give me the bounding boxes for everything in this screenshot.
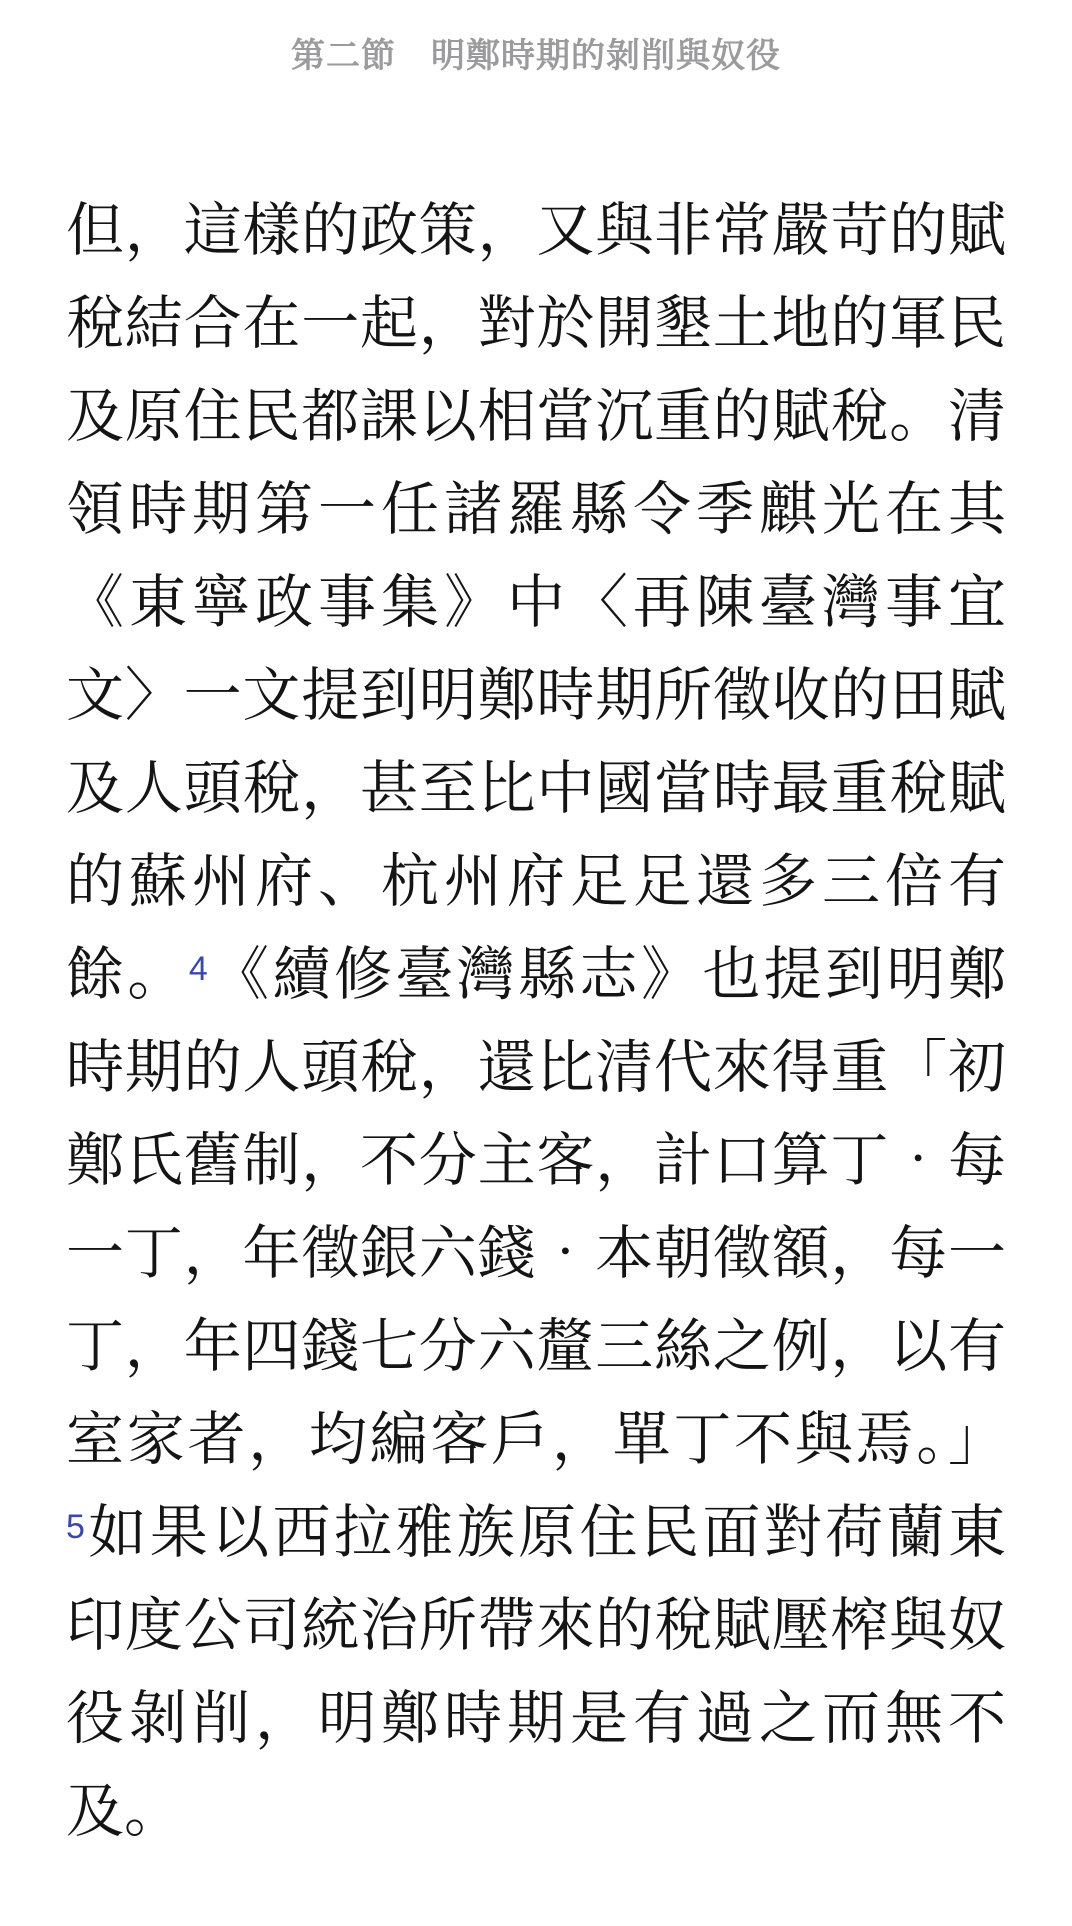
text-run: 稅結合在一起，對於開墾土地的軍民 [66, 291, 1006, 356]
text-run: 但，這樣的政策，又與非常嚴苛的賦 [66, 198, 1006, 263]
text-line: 印度公司統治所帶來的稅賦壓榨與奴 [66, 1579, 1006, 1672]
text-line: 室家者，均編客戶，單丁不與焉。」 [66, 1393, 1006, 1486]
text-run: 役剝削，明鄭時期是有過之而無不 [66, 1686, 1006, 1751]
text-line: 但，這樣的政策，又與非常嚴苛的賦 [66, 184, 1006, 277]
chapter-header-text: 第二節 明鄭時期的剝削與奴役 [291, 37, 781, 75]
text-run: 餘。 [66, 942, 189, 1007]
text-run: 及原住民都課以相當沉重的賦稅。清 [66, 384, 1006, 449]
text-run: 及。 [66, 1779, 182, 1844]
text-run: 文〉一文提到明鄭時期所徵收的田賦 [66, 663, 1006, 728]
text-line: 丁，年四錢七分六釐三絲之例，以有 [66, 1300, 1006, 1393]
footnote-marker[interactable]: 5 [66, 1508, 85, 1546]
text-line: 領時期第一任諸羅縣令季麒光在其 [66, 463, 1006, 556]
text-line: 文〉一文提到明鄭時期所徵收的田賦 [66, 649, 1006, 742]
text-run: 領時期第一任諸羅縣令季麒光在其 [66, 477, 1006, 542]
text-run: 時期的人頭稅，還比清代來得重「初 [66, 1035, 1006, 1100]
text-line: 餘。4《續修臺灣縣志》也提到明鄭 [66, 928, 1006, 1021]
text-line: 及人頭稅，甚至比中國當時最重稅賦 [66, 742, 1006, 835]
text-line: 及原住民都課以相當沉重的賦稅。清 [66, 370, 1006, 463]
text-line: 鄭氏舊制，不分主客，計口算丁‧每 [66, 1114, 1006, 1207]
text-line: 役剝削，明鄭時期是有過之而無不 [66, 1672, 1006, 1765]
text-run: 的蘇州府、杭州府足足還多三倍有 [66, 849, 1006, 914]
text-run: 室家者，均編客戶，單丁不與焉。」 [66, 1407, 1006, 1472]
reader-page: 第二節 明鄭時期的剝削與奴役 但，這樣的政策，又與非常嚴苛的賦稅結合在一起，對於… [0, 0, 1072, 1926]
chapter-header: 第二節 明鄭時期的剝削與奴役 [0, 0, 1072, 76]
text-run: 鄭氏舊制，不分主客，計口算丁‧每 [66, 1128, 1006, 1193]
text-run: 丁，年四錢七分六釐三絲之例，以有 [66, 1314, 1006, 1379]
text-run: 《東寧政事集》中〈再陳臺灣事宜 [66, 570, 1006, 635]
text-run: 《續修臺灣縣志》也提到明鄭 [208, 942, 1006, 1007]
text-line: 的蘇州府、杭州府足足還多三倍有 [66, 835, 1006, 928]
text-line: 5如果以西拉雅族原住民面對荷蘭東 [66, 1486, 1006, 1579]
body-paragraph: 但，這樣的政策，又與非常嚴苛的賦稅結合在一起，對於開墾土地的軍民及原住民都課以相… [66, 184, 1006, 1858]
text-run: 如果以西拉雅族原住民面對荷蘭東 [85, 1500, 1006, 1565]
footnote-marker[interactable]: 4 [189, 950, 208, 988]
text-line: 時期的人頭稅，還比清代來得重「初 [66, 1021, 1006, 1114]
text-run: 及人頭稅，甚至比中國當時最重稅賦 [66, 756, 1006, 821]
text-run: 印度公司統治所帶來的稅賦壓榨與奴 [66, 1593, 1006, 1658]
text-line: 稅結合在一起，對於開墾土地的軍民 [66, 277, 1006, 370]
text-run: 一丁，年徵銀六錢‧本朝徵額，每一 [66, 1221, 1006, 1286]
text-line: 一丁，年徵銀六錢‧本朝徵額，每一 [66, 1207, 1006, 1300]
text-line: 及。 [66, 1765, 1006, 1858]
text-line: 《東寧政事集》中〈再陳臺灣事宜 [66, 556, 1006, 649]
